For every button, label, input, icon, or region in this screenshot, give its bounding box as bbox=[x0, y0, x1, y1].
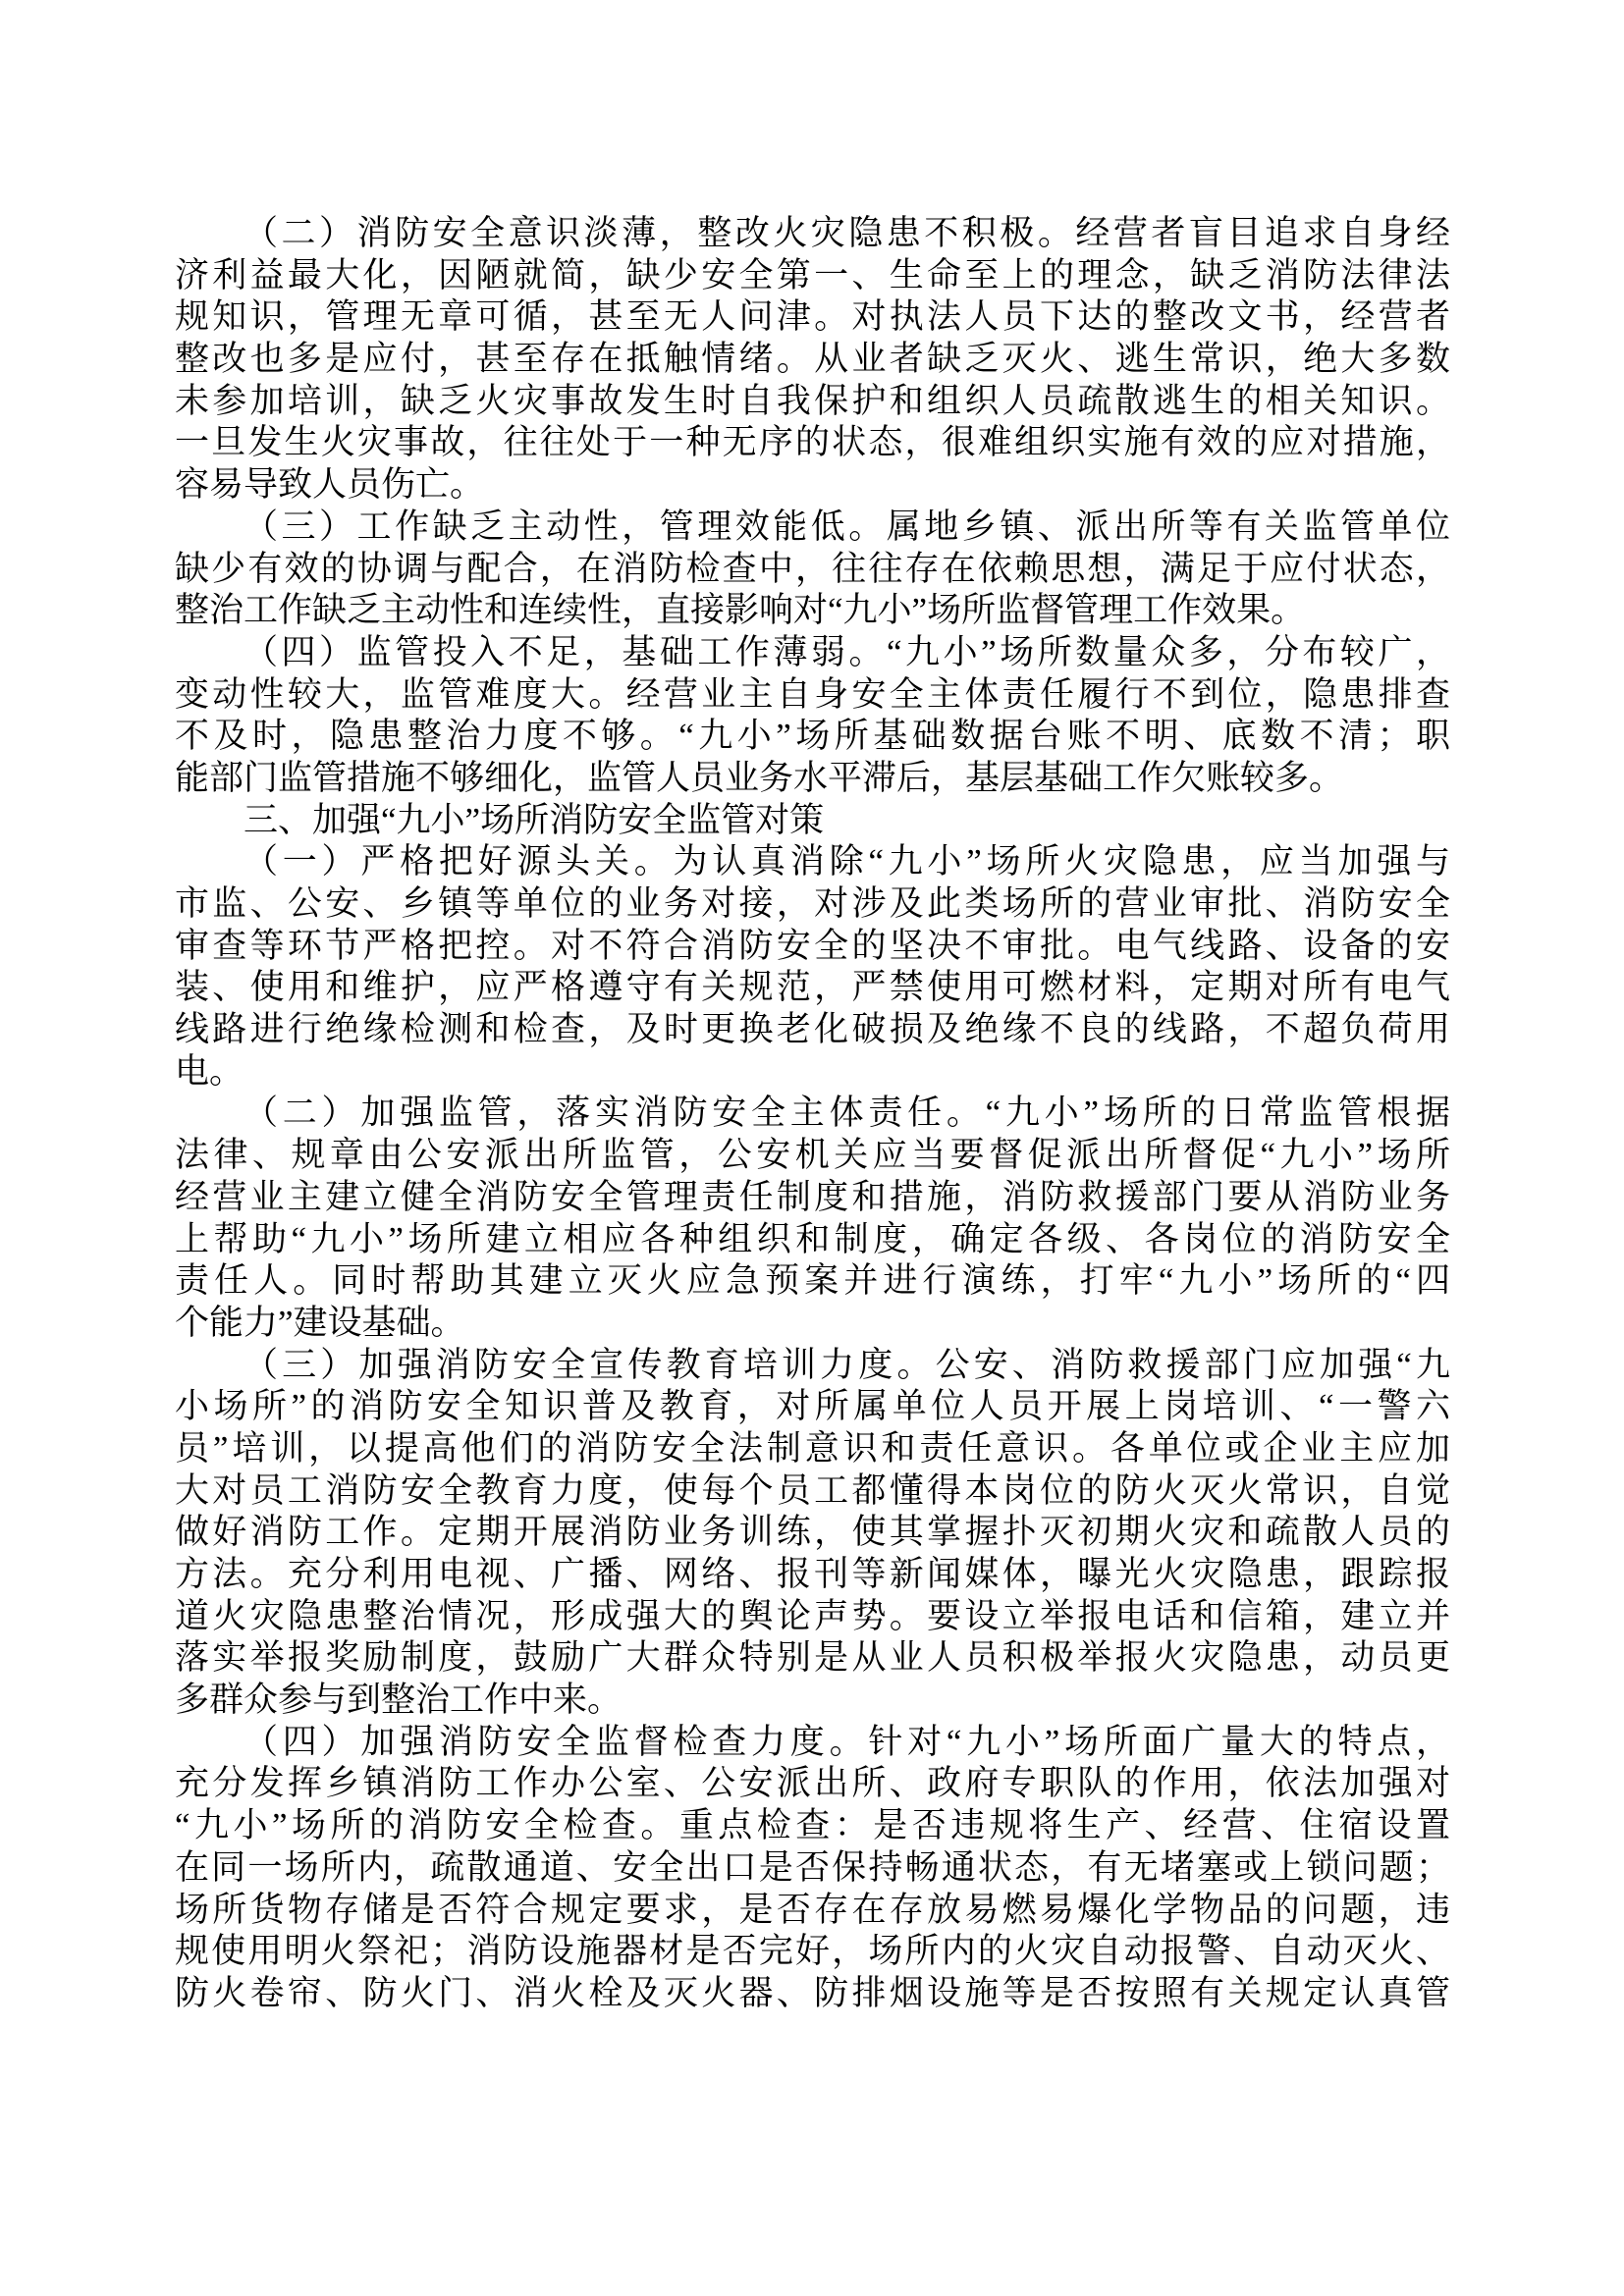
text-line-14: 能部门监管措施不够细化，监管人员业务水平滞后，基层基础工作欠账较多。 bbox=[175, 758, 1450, 800]
text-line-39: “九小”场所的消防安全检查。重点检查：是否违规将生产、经营、住宿设置 bbox=[175, 1805, 1450, 1847]
text-line-27: 个能力”建设基础。 bbox=[175, 1303, 1450, 1345]
text-line-38: 充分发挥乡镇消防工作办公室、公安派出所、政府专职队的作用，依法加强对 bbox=[175, 1763, 1450, 1805]
text-line-19: 装、使用和维护，应严格遵守有关规范，严禁使用可燃材料，定期对所有电气 bbox=[175, 967, 1450, 1009]
text-line-4: 整改也多是应付，甚至存在抵触情绪。从业者缺乏灭火、逃生常识，绝大多数 bbox=[175, 339, 1450, 381]
text-line-37: （四）加强消防安全监督检查力度。针对“九小”场所面广量大的特点， bbox=[175, 1722, 1450, 1764]
text-line-33: 方法。充分利用电视、广播、网络、报刊等新闻媒体，曝光火灾隐患，跟踪报 bbox=[175, 1554, 1450, 1596]
text-line-5: 未参加培训，缺乏火灾事故发生时自我保护和组织人员疏散逃生的相关知识。 bbox=[175, 381, 1450, 423]
text-line-1: （二）消防安全意识淡薄，整改火灾隐患不积极。经营者盲目追求自身经 bbox=[175, 213, 1450, 255]
text-line-9: 缺少有效的协调与配合，在消防检查中，往往存在依赖思想，满足于应付状态， bbox=[175, 549, 1450, 591]
text-block: （二）消防安全意识淡薄，整改火灾隐患不积极。经营者盲目追求自身经济利益最大化，因… bbox=[175, 213, 1450, 2015]
text-line-20: 线路进行绝缘检测和检查，及时更换老化破损及绝缘不良的线路，不超负荷用 bbox=[175, 1009, 1450, 1051]
text-line-41: 场所货物存储是否符合规定要求，是否存在存放易燃易爆化学物品的问题，违 bbox=[175, 1890, 1450, 1932]
text-line-36: 多群众参与到整治工作中来。 bbox=[175, 1680, 1450, 1722]
text-line-24: 经营业主建立健全消防安全管理责任制度和措施，消防救援部门要从消防业务 bbox=[175, 1177, 1450, 1219]
text-line-3: 规知识，管理无章可循，甚至无人问津。对执法人员下达的整改文书，经营者 bbox=[175, 296, 1450, 339]
text-line-32: 做好消防工作。定期开展消防业务训练，使其掌握扑灭初期火灾和疏散人员的 bbox=[175, 1512, 1450, 1554]
text-line-42: 规使用明火祭祀；消防设施器材是否完好，场所内的火灾自动报警、自动灭火、 bbox=[175, 1931, 1450, 1973]
text-line-35: 落实举报奖励制度，鼓励广大群众特别是从业人员积极举报火灾隐患，动员更 bbox=[175, 1637, 1450, 1680]
text-line-30: 员”培训，以提高他们的消防安全法制意识和责任意识。各单位或企业主应加 bbox=[175, 1428, 1450, 1470]
text-line-34: 道火灾隐患整治情况，形成强大的舆论声势。要设立举报电话和信箱，建立并 bbox=[175, 1596, 1450, 1638]
text-line-22: （二）加强监管，落实消防安全主体责任。“九小”场所的日常监管根据 bbox=[175, 1093, 1450, 1135]
text-line-2: 济利益最大化，因陋就简，缺少安全第一、生命至上的理念，缺乏消防法律法 bbox=[175, 255, 1450, 297]
text-line-10: 整治工作缺乏主动性和连续性，直接影响对“九小”场所监督管理工作效果。 bbox=[175, 590, 1450, 632]
text-line-31: 大对员工消防安全教育力度，使每个员工都懂得本岗位的防火灭火常识，自觉 bbox=[175, 1470, 1450, 1513]
text-line-17: 市监、公安、乡镇等单位的业务对接，对涉及此类场所的营业审批、消防安全 bbox=[175, 883, 1450, 926]
text-line-15: 三、加强“九小”场所消防安全监管对策 bbox=[175, 800, 1450, 842]
text-line-21: 电。 bbox=[175, 1051, 1450, 1094]
text-line-25: 上帮助“九小”场所建立相应各种组织和制度，确定各级、各岗位的消防安全 bbox=[175, 1219, 1450, 1261]
text-line-12: 变动性较大，监管难度大。经营业主自身安全主体责任履行不到位，隐患排查 bbox=[175, 674, 1450, 717]
text-line-29: 小场所”的消防安全知识普及教育，对所属单位人员开展上岗培训、“一警六 bbox=[175, 1386, 1450, 1428]
text-line-23: 法律、规章由公安派出所监管，公安机关应当要督促派出所督促“九小”场所 bbox=[175, 1135, 1450, 1177]
text-line-7: 容易导致人员伤亡。 bbox=[175, 464, 1450, 507]
text-line-28: （三）加强消防安全宣传教育培训力度。公安、消防救援部门应加强“九 bbox=[175, 1345, 1450, 1387]
text-line-8: （三）工作缺乏主动性，管理效能低。属地乡镇、派出所等有关监管单位 bbox=[175, 507, 1450, 549]
text-line-6: 一旦发生火灾事故，往往处于一种无序的状态，很难组织实施有效的应对措施， bbox=[175, 422, 1450, 464]
text-line-11: （四）监管投入不足，基础工作薄弱。“九小”场所数量众多，分布较广， bbox=[175, 632, 1450, 674]
text-line-40: 在同一场所内，疏散通道、安全出口是否保持畅通状态，有无堵塞或上锁问题； bbox=[175, 1847, 1450, 1890]
text-line-43: 防火卷帘、防火门、消火栓及灭火器、防排烟设施等是否按照有关规定认真管 bbox=[175, 1973, 1450, 2015]
text-line-26: 责任人。同时帮助其建立灭火应急预案并进行演练，打牢“九小”场所的“四 bbox=[175, 1260, 1450, 1303]
text-line-18: 审查等环节严格把控。对不符合消防安全的坚决不审批。电气线路、设备的安 bbox=[175, 926, 1450, 968]
text-line-16: （一）严格把好源头关。为认真消除“九小”场所火灾隐患，应当加强与 bbox=[175, 841, 1450, 883]
text-line-13: 不及时，隐患整治力度不够。“九小”场所基础数据台账不明、底数不清；职 bbox=[175, 716, 1450, 758]
document-page: （二）消防安全意识淡薄，整改火灾隐患不积极。经营者盲目追求自身经济利益最大化，因… bbox=[0, 0, 1624, 2296]
